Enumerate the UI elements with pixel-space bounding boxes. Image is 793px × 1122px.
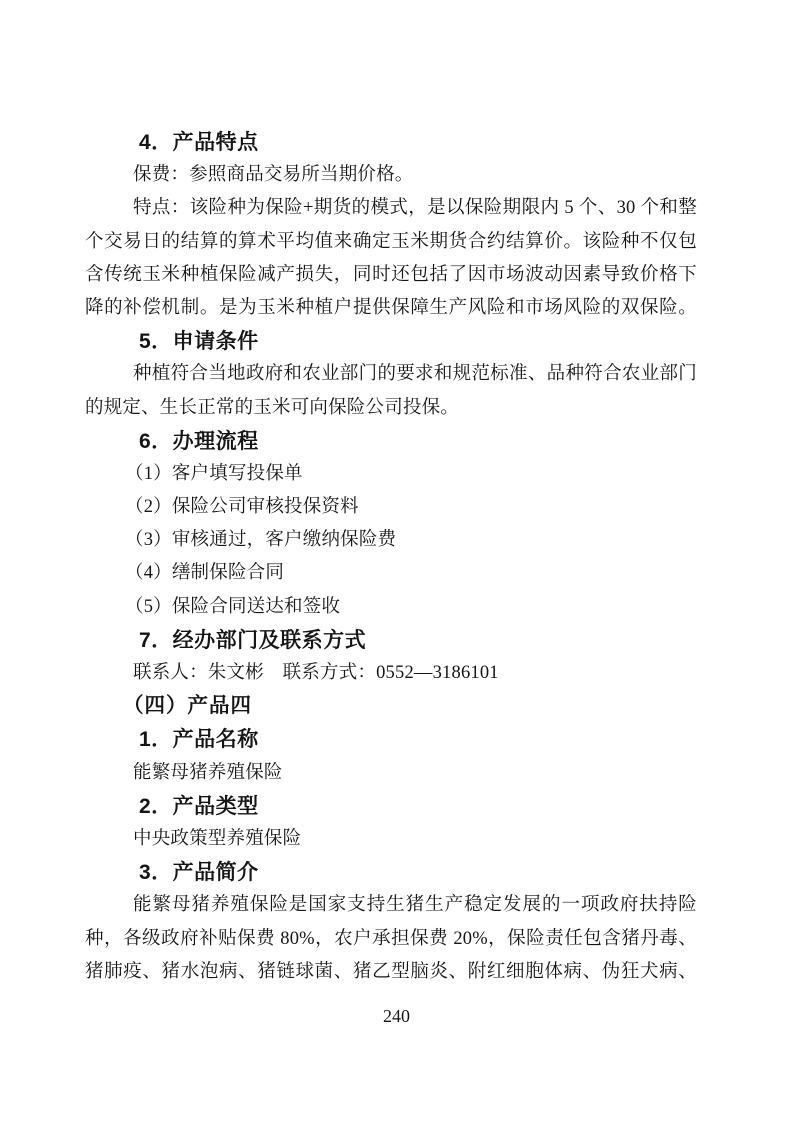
intro-paragraph-line-1: 能繁母猪养殖保险是国家支持生猪生产稳定发展的一项政府扶持险 [85,889,697,922]
features-paragraph-line-1: 特点：该险种为保险+期货的模式，是以保险期限内 5 个、30 个和整 [85,192,697,225]
conditions-paragraph-line-1: 种植符合当地政府和农业部门的要求和规范标准、品种符合农业部门 [85,358,697,391]
heading-application-conditions: 5．申请条件 [85,325,697,358]
process-step-3: （3）审核通过，客户缴纳保险费 [85,524,697,557]
line-product-name: 能繁母猪养殖保险 [85,757,697,790]
page-number: 240 [0,1003,793,1029]
conditions-paragraph-line-2: 的规定、生长正常的玉米可向保险公司投保。 [85,392,697,425]
heading-product-type: 2．产品类型 [85,790,697,823]
process-step-1: （1）客户填写投保单 [85,458,697,491]
process-step-5: （5）保险合同送达和签收 [85,591,697,624]
features-paragraph-line-2: 个交易日的结算的算术平均值来确定玉米期货合约结算价。该险种不仅包 [85,226,697,259]
document-body: 4．产品特点 保费：参照商品交易所当期价格。 特点：该险种为保险+期货的模式，是… [85,126,697,989]
heading-product-four: （四）产品四 [85,690,697,723]
process-step-2: （2）保险公司审核投保资料 [85,491,697,524]
heading-product-intro: 3．产品简介 [85,856,697,889]
intro-paragraph-line-3: 猪肺疫、猪水泡病、猪链球菌、猪乙型脑炎、附红细胞体病、伪狂犬病、 [85,956,697,989]
heading-product-name: 1．产品名称 [85,723,697,756]
document-page: { "page": { "number": "240" }, "document… [0,0,793,1122]
features-paragraph-line-4: 降的补偿机制。是为玉米种植户提供保障生产风险和市场风险的双保险。 [85,292,697,325]
line-contact-info: 联系人：朱文彬 联系方式：0552—3186101 [85,657,697,690]
line-premium-info: 保费：参照商品交易所当期价格。 [85,159,697,192]
intro-paragraph-line-2: 种，各级政府补贴保费 80%，农户承担保费 20%，保险责任包含猪丹毒、 [85,923,697,956]
heading-product-features: 4．产品特点 [85,126,697,159]
features-paragraph-line-3: 含传统玉米种植保险减产损失，同时还包括了因市场波动因素导致价格下 [85,259,697,292]
heading-contact-department: 7．经办部门及联系方式 [85,624,697,657]
process-step-4: （4）缮制保险合同 [85,557,697,590]
line-product-type: 中央政策型养殖保险 [85,823,697,856]
heading-processing-flow: 6．办理流程 [85,425,697,458]
